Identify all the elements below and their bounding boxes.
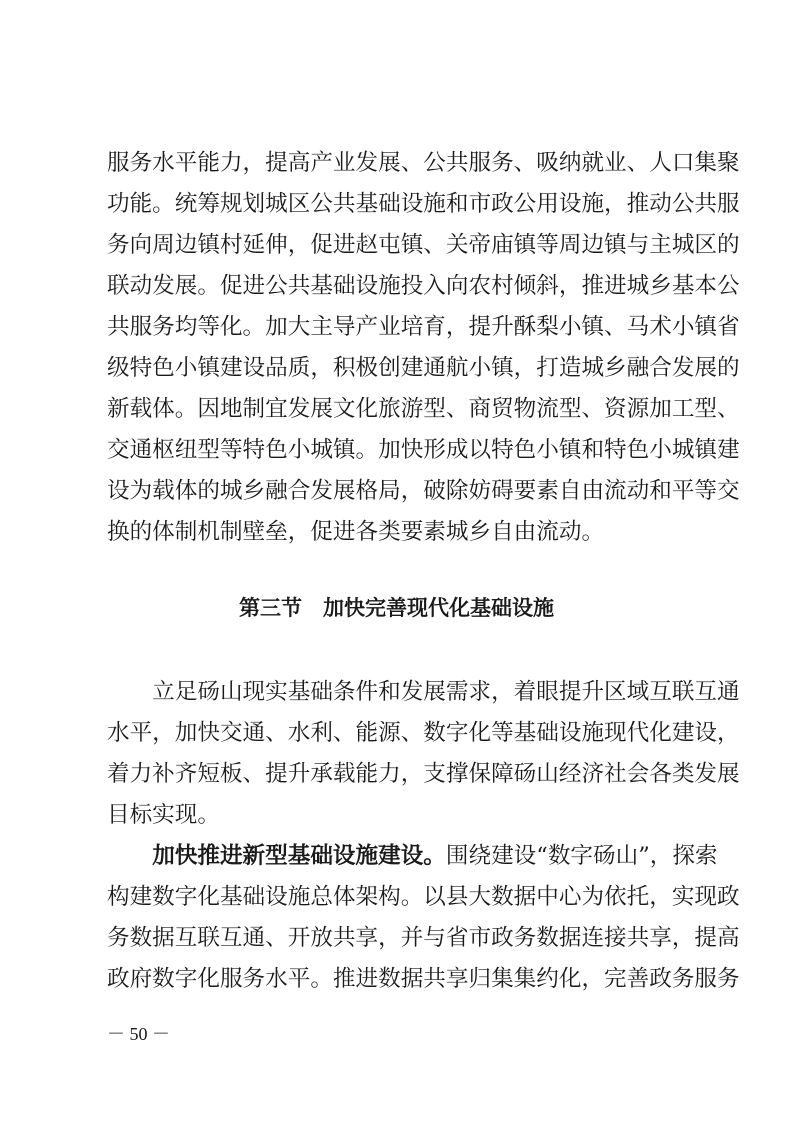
text-line: 功能。统筹规划城区公共基础设施和市政公用设施，推动公共服 bbox=[107, 189, 697, 219]
page-number: － 50 － bbox=[107, 1020, 170, 1046]
text-line: 构建数字化基础设施总体架构。以县大数据中心为依托，实现政 bbox=[107, 882, 697, 912]
section-heading: 第三节 加快完善现代化基础设施 bbox=[0, 593, 793, 623]
text-line: 立足砀山现实基础条件和发展需求，着眼提升区域互联互通 bbox=[107, 677, 697, 707]
text-line: 换的体制机制壁垒，促进各类要素城乡自由流动。 bbox=[107, 517, 697, 547]
text-line: 设为载体的城乡融合发展格局，破除妨碍要素自由流动和平等交 bbox=[107, 476, 697, 506]
text-line: 务数据互联互通、开放共享，并与省市政务数据连接共享，提高 bbox=[107, 923, 697, 953]
text-line: 服务水平能力，提高产业发展、公共服务、吸纳就业、人口集聚 bbox=[107, 148, 697, 178]
text-line: 级特色小镇建设品质，积极创建通航小镇，打造城乡融合发展的 bbox=[107, 353, 697, 383]
text-line: 新载体。因地制宜发展文化旅游型、商贸物流型、资源加工型、 bbox=[107, 394, 697, 424]
bold-lead: 加快推进新型基础设施建设。 bbox=[152, 843, 446, 869]
text-line: 共服务均等化。加大主导产业培育，提升酥梨小镇、马术小镇省 bbox=[107, 312, 697, 342]
text-line: 水平，加快交通、水利、能源、数字化等基础设施现代化建设， bbox=[107, 718, 697, 748]
text-span: 围绕建设“数字砀山”，探索 bbox=[446, 843, 718, 869]
text-line: 务向周边镇村延伸，促进赵屯镇、关帝庙镇等周边镇与主城区的 bbox=[107, 230, 697, 260]
text-line: 交通枢纽型等特色小城镇。加快形成以特色小镇和特色小城镇建 bbox=[107, 435, 697, 465]
text-line: 联动发展。促进公共基础设施投入向农村倾斜，推进城乡基本公 bbox=[107, 271, 697, 301]
text-line: 着力补齐短板、提升承载能力，支撑保障砀山经济社会各类发展 bbox=[107, 759, 697, 789]
text-line: 目标实现。 bbox=[107, 800, 697, 830]
text-line: 政府数字化服务水平。推进数据共享归集集约化，完善政务服务 bbox=[107, 964, 697, 994]
text-line: 加快推进新型基础设施建设。围绕建设“数字砀山”，探索 bbox=[107, 841, 697, 871]
